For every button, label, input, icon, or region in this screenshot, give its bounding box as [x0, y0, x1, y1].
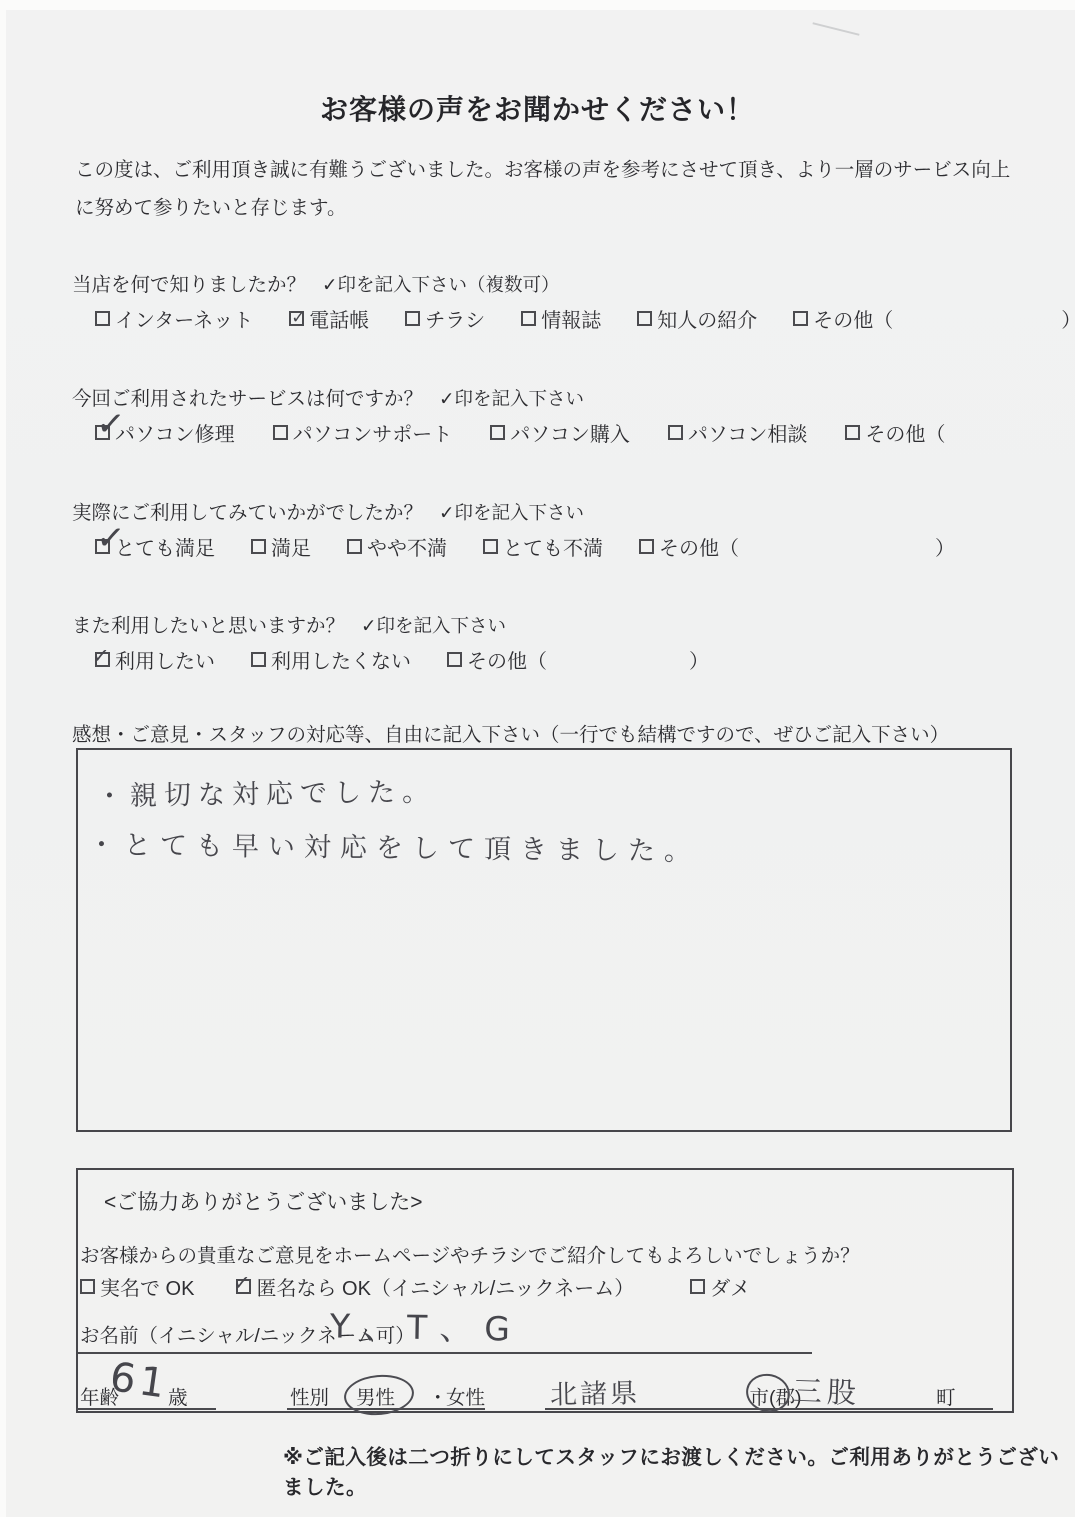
option-no: ✓ダメ: [690, 1272, 750, 1301]
option-pc-repair: ✓パソコン修理: [95, 418, 235, 447]
paren-close: ）: [689, 645, 709, 674]
question-4-hint: ✓印を記入下さい: [361, 615, 506, 636]
comments-prompt: 感想・ご意見・スタッフの対応等、自由に記入下さい（一行でも結構ですので、ぜひご記…: [72, 719, 949, 747]
option-label: その他: [659, 532, 719, 561]
option-real-name-ok: ✓実名で OK: [80, 1272, 194, 1301]
paren-close: ）: [1061, 304, 1075, 333]
question-2-label: 今回ご利用されたサービスは何ですか？✓印を記入下さい: [72, 383, 584, 411]
option-label: 知人の紹介: [657, 304, 757, 333]
checkbox[interactable]: ✓: [483, 539, 498, 554]
paren-open: （: [873, 304, 893, 333]
option-pc-consult: ✓パソコン相談: [668, 418, 808, 447]
checkbox[interactable]: ✓: [251, 652, 266, 667]
consent-question: お客様からの貴重なご意見をホームページやチラシでご紹介してもよろしいでしょうか？: [80, 1240, 860, 1268]
check-icon: ✓: [91, 646, 110, 668]
option-very-satisfied: ✓とても満足: [95, 532, 215, 561]
option-label: 電話帳: [309, 304, 369, 333]
question-4-options: ✓利用したい ✓利用したくない ✓その他（）: [95, 645, 709, 674]
consent-options: ✓実名で OK ✓匿名なら OK（イニシャル/ニックネーム） ✓ダメ: [80, 1272, 750, 1301]
checkbox[interactable]: ✓: [668, 425, 683, 440]
intro-text: この度は、ご利用頂き誠に有難うございました。お客様の声を参考にさせて頂き、より一…: [75, 152, 1013, 227]
option-label: その他: [813, 304, 873, 333]
paren-open: （: [719, 532, 739, 561]
question-1-hint: ✓印を記入下さい（複数可）: [322, 274, 560, 295]
check-icon: ✓: [291, 310, 305, 327]
checkbox[interactable]: ✓: [95, 425, 110, 440]
option-label: とても満足: [115, 532, 215, 561]
checkbox[interactable]: ✓: [690, 1279, 705, 1294]
handwritten-age: 61: [107, 1354, 172, 1408]
question-1-options: ✓インターネット ✓電話帳 ✓チラシ ✓情報誌 ✓知人の紹介 ✓その他（）: [95, 304, 1075, 333]
age-suffix: 歳: [168, 1382, 188, 1410]
checkbox[interactable]: ✓: [521, 311, 536, 326]
checkbox[interactable]: ✓: [639, 539, 654, 554]
checkbox[interactable]: ✓: [80, 1279, 95, 1294]
option-label: 利用したくない: [271, 645, 411, 674]
handwritten-prefecture: 北諸県: [550, 1371, 641, 1412]
paren-open: （: [527, 645, 547, 674]
option-internet: ✓インターネット: [95, 304, 253, 333]
option-label: その他: [467, 645, 527, 674]
town-label: 町: [936, 1382, 956, 1410]
checkbox[interactable]: ✓: [251, 539, 266, 554]
option-very-dissatisfied: ✓とても不満: [483, 532, 603, 561]
question-3-options: ✓とても満足 ✓満足 ✓やや不満 ✓とても不満 ✓その他（）: [95, 532, 955, 561]
gender-label: 性別: [290, 1382, 329, 1410]
checkbox[interactable]: ✓: [95, 311, 110, 326]
option-label: パソコン相談: [688, 418, 808, 447]
option-label: やや不満: [367, 532, 447, 561]
gender-separator: ・: [428, 1382, 448, 1410]
question-3-hint: ✓印を記入下さい: [439, 502, 584, 523]
checkbox[interactable]: ✓: [95, 539, 110, 554]
handwritten-comment-2: ・とても早い対応をして頂きました。: [88, 823, 700, 868]
option-anonymous-ok: ✓匿名なら OK（イニシャル/ニックネーム）: [236, 1272, 634, 1301]
option-label: 利用したい: [115, 645, 215, 674]
handwritten-town: 三股: [792, 1369, 861, 1412]
question-2-options: ✓パソコン修理 ✓パソコンサポート ✓パソコン購入 ✓パソコン相談 ✓その他（）: [95, 418, 1075, 447]
option-slightly-dissatisfied: ✓やや不満: [347, 532, 447, 561]
option-label: チラシ: [425, 304, 485, 333]
check-icon: ✓: [233, 1273, 252, 1295]
option-pc-support: ✓パソコンサポート: [273, 418, 453, 447]
checkbox[interactable]: ✓: [289, 311, 304, 326]
option-label: 実名で OK: [100, 1272, 194, 1301]
option-label: 満足: [271, 532, 311, 561]
checkbox[interactable]: ✓: [793, 311, 808, 326]
checkbox[interactable]: ✓: [637, 311, 652, 326]
option-pc-purchase: ✓パソコン購入: [490, 418, 630, 447]
paren-close: ）: [935, 532, 955, 561]
checkbox[interactable]: ✓: [845, 425, 860, 440]
checkbox[interactable]: ✓: [236, 1279, 251, 1294]
checkbox[interactable]: ✓: [273, 425, 288, 440]
option-other: ✓その他（）: [845, 418, 1075, 447]
gender-male[interactable]: 男性: [356, 1382, 395, 1410]
option-label: 匿名なら OK（イニシャル/ニックネーム）: [256, 1272, 634, 1301]
question-4-label: また利用したいと思いますか？✓印を記入下さい: [72, 610, 506, 638]
option-label: パソコン修理: [115, 418, 235, 447]
option-want-to-use-again: ✓利用したい: [95, 645, 215, 674]
option-label: パソコン購入: [510, 418, 630, 447]
option-label: 情報誌: [541, 304, 601, 333]
question-1-label: 当店を何で知りましたか？✓印を記入下さい（複数可）: [72, 269, 560, 297]
option-other: ✓その他（）: [793, 304, 1075, 333]
question-2-hint: ✓印を記入下さい: [439, 388, 584, 409]
handwritten-comment-1: ・親切な対応でした。: [96, 770, 437, 814]
form-title: お客様の声をお聞かせください！: [0, 88, 1075, 128]
option-other: ✓その他（）: [639, 532, 955, 561]
option-label: その他: [865, 418, 925, 447]
question-3-label: 実際にご利用してみていかがでしたか？✓印を記入下さい: [72, 497, 584, 525]
checkbox[interactable]: ✓: [490, 425, 505, 440]
option-phonebook: ✓電話帳: [289, 304, 369, 333]
checkbox[interactable]: ✓: [447, 652, 462, 667]
checkbox[interactable]: ✓: [95, 652, 110, 667]
option-label: パソコンサポート: [293, 418, 453, 447]
handwritten-name: Y、T、G: [330, 1300, 523, 1350]
option-do-not-want: ✓利用したくない: [251, 645, 411, 674]
paren-open: （: [925, 418, 945, 447]
option-referral: ✓知人の紹介: [637, 304, 757, 333]
consent-header: <ご協力ありがとうございました>: [104, 1186, 423, 1216]
option-other: ✓その他（）: [447, 645, 709, 674]
option-label: ダメ: [710, 1272, 750, 1301]
option-label: インターネット: [115, 304, 253, 333]
checkbox[interactable]: ✓: [347, 539, 362, 554]
footer-note: ※ご記入後は二つ折りにしてスタッフにお渡しください。ご利用ありがとうございました…: [283, 1440, 1075, 1500]
gender-female[interactable]: 女性: [446, 1382, 485, 1410]
option-satisfied: ✓満足: [251, 532, 311, 561]
option-label: とても不満: [503, 532, 603, 561]
option-flyer: ✓チラシ: [405, 304, 485, 333]
option-magazine: ✓情報誌: [521, 304, 601, 333]
checkbox[interactable]: ✓: [405, 311, 420, 326]
